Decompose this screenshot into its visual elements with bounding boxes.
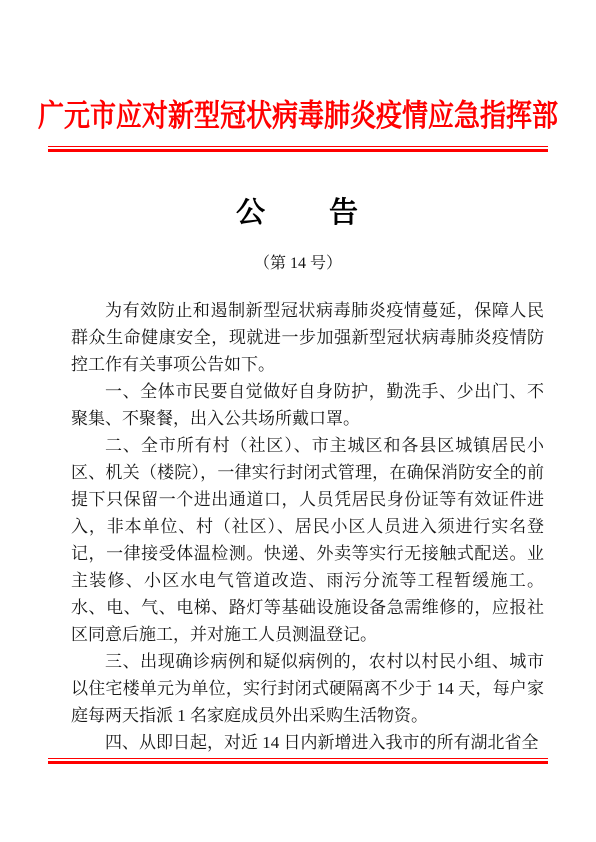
page-footer-divider bbox=[48, 758, 548, 764]
paragraph-item-3: 三、出现确诊病例和疑似病例的，农村以村民小组、城市以住宅楼单元为单位，实行封闭式… bbox=[71, 648, 544, 729]
document-number: （第 14 号） bbox=[0, 250, 596, 273]
document-page: 广元市应对新型冠状病毒肺炎疫情应急指挥部 公 告 （第 14 号） 为有效防止和… bbox=[0, 0, 596, 842]
paragraph-item-1: 一、全体市民要自觉做好自身防护，勤洗手、少出门、不聚集、不聚餐，出入公共场所戴口… bbox=[71, 378, 544, 432]
letterhead-issuer-title: 广元市应对新型冠状病毒肺炎疫情应急指挥部 bbox=[0, 92, 596, 136]
notice-title: 公 告 bbox=[0, 190, 596, 231]
paragraph-intro: 为有效防止和遏制新型冠状病毒肺炎疫情蔓延，保障人民群众生命健康安全，现就进一步加… bbox=[71, 297, 544, 378]
paragraph-item-2: 二、全市所有村（社区）、市主城区和各县区城镇居民小区、机关（楼院），一律实行封闭… bbox=[71, 432, 544, 648]
paragraph-item-4-truncated: 四、从即日起，对近 14 日内新增进入我市的所有湖北省全 bbox=[71, 729, 544, 756]
letterhead-divider bbox=[48, 146, 548, 152]
notice-body: 为有效防止和遏制新型冠状病毒肺炎疫情蔓延，保障人民群众生命健康安全，现就进一步加… bbox=[71, 297, 544, 756]
